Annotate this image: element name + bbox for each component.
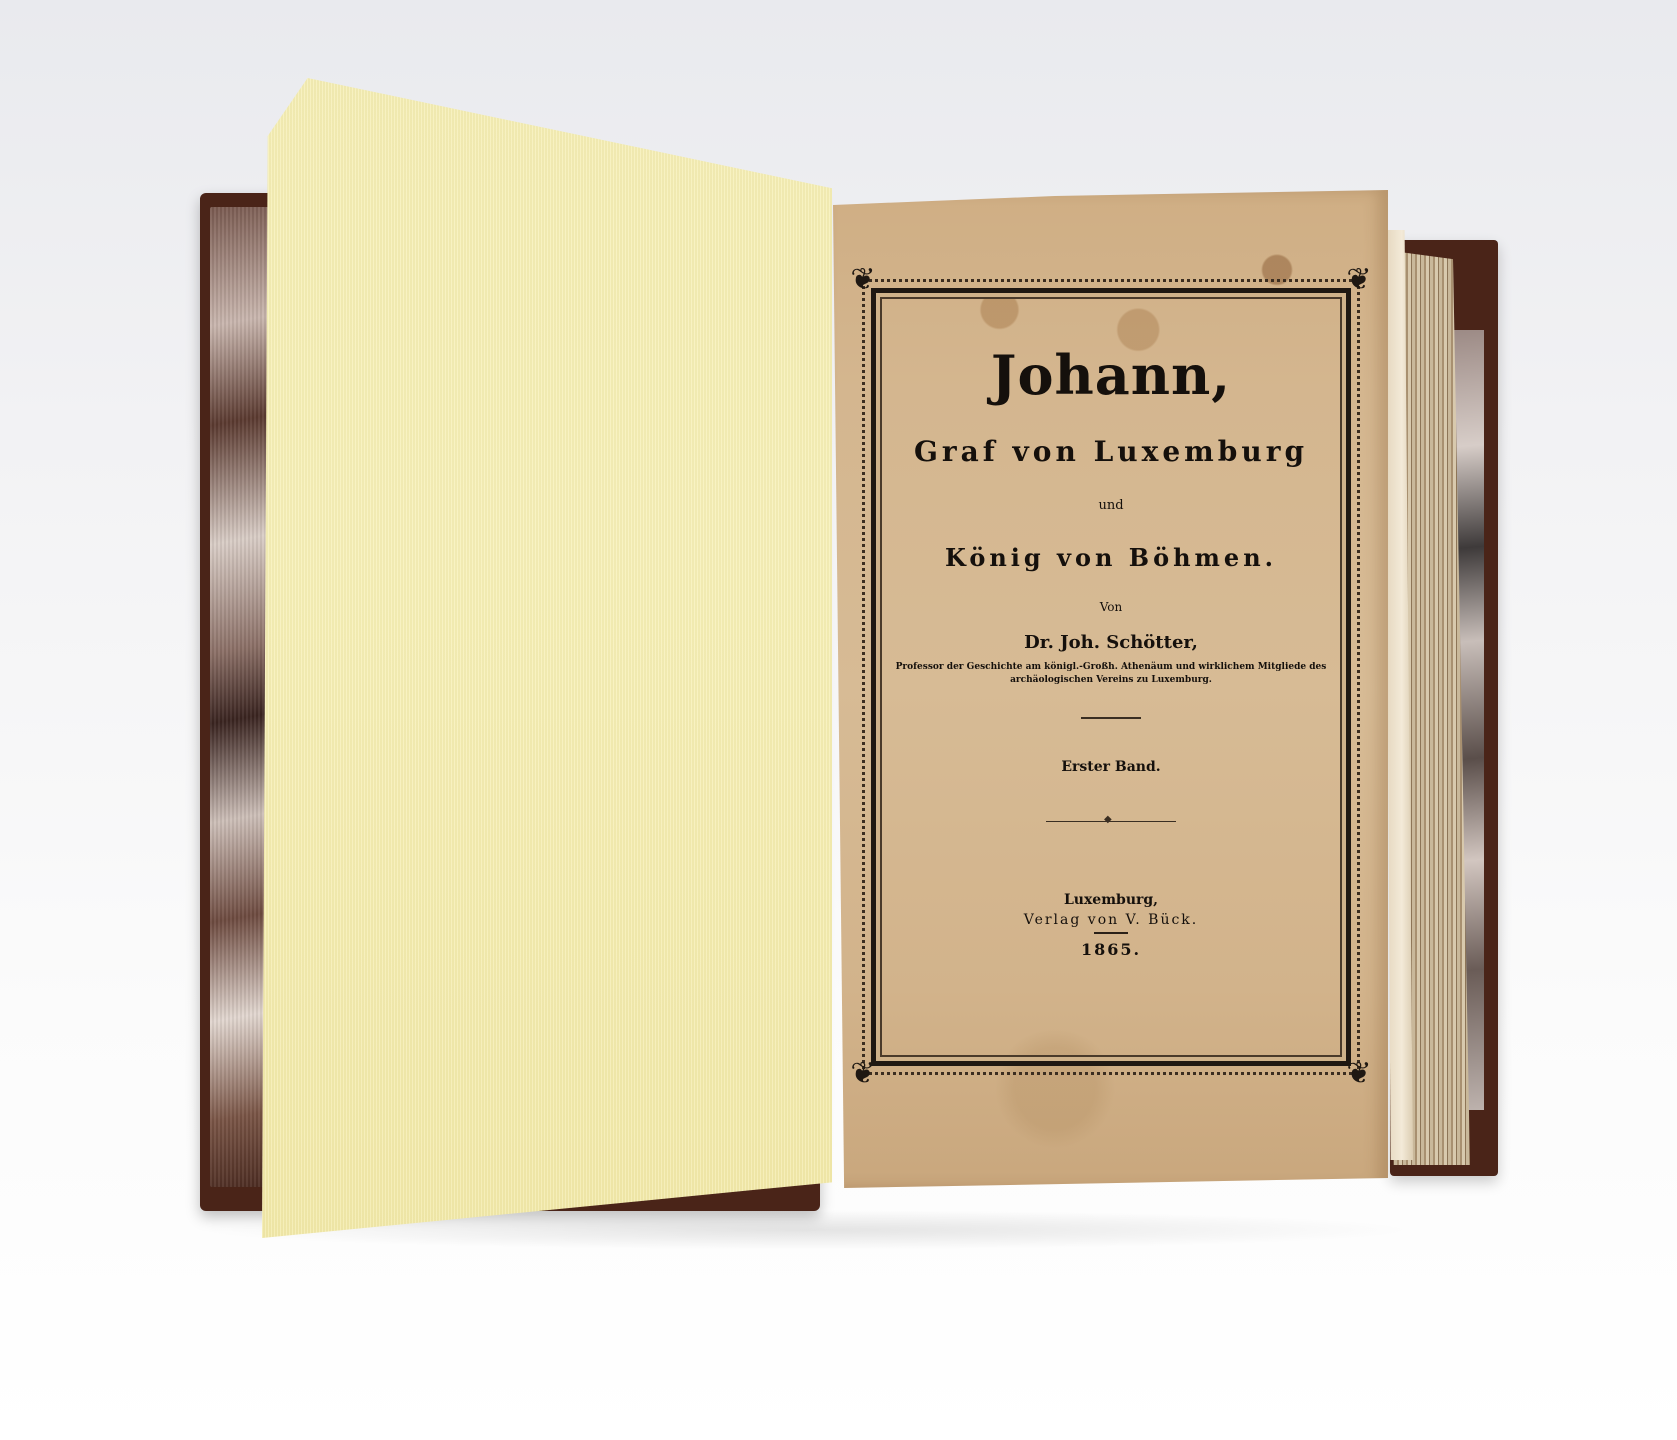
- blank-endpaper: [262, 78, 832, 1238]
- subtitle-count: Graf von Luxemburg: [914, 435, 1308, 468]
- corner-ornament-icon: ❦: [1342, 263, 1376, 297]
- short-rule: [1094, 932, 1128, 934]
- author-name: Dr. Joh. Schötter,: [1024, 632, 1198, 653]
- ornamental-divider: [1046, 821, 1176, 822]
- title-page-text: Johann, Graf von Luxemburg und König von…: [876, 293, 1346, 1061]
- publication-place: Luxemburg,: [1064, 892, 1158, 908]
- corner-ornament-icon: ❦: [1342, 1057, 1376, 1091]
- subtitle-king: König von Böhmen.: [945, 543, 1277, 572]
- publisher: Verlag von V. Bück.: [1024, 912, 1199, 928]
- ornamental-frame: ❦ ❦ ❦ ❦ Johann, Graf von Luxemburg und K…: [871, 288, 1351, 1066]
- by-label: Von: [1100, 600, 1123, 614]
- divider-rule: [1081, 717, 1141, 719]
- volume-label: Erster Band.: [1061, 759, 1160, 775]
- title-page: ❦ ❦ ❦ ❦ Johann, Graf von Luxemburg und K…: [833, 190, 1388, 1188]
- corner-ornament-icon: ❦: [846, 1057, 880, 1091]
- author-affiliation: Professor der Geschichte am königl.-Groß…: [891, 661, 1331, 687]
- photo-scene: ❦ ❦ ❦ ❦ Johann, Graf von Luxemburg und K…: [0, 0, 1677, 1440]
- book-title: Johann,: [991, 343, 1231, 407]
- corner-ornament-icon: ❦: [846, 263, 880, 297]
- publication-year: 1865.: [1081, 940, 1141, 959]
- conjunction: und: [1098, 498, 1123, 513]
